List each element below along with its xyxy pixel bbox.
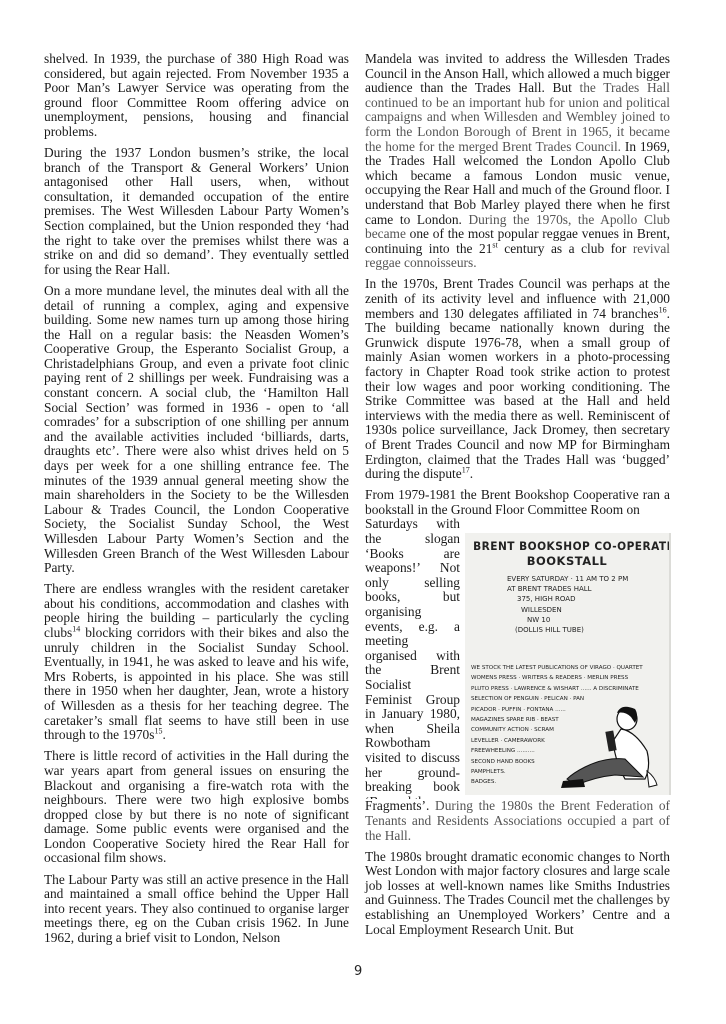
right-column: Mandela was invited to address the Wille… [365,52,670,944]
paragraph: shelved. In 1939, the purchase of 380 Hi… [44,52,349,140]
stock-line: WE STOCK THE LATEST PUBLICATIONS OF VIRA… [471,663,643,673]
text: . [470,466,473,481]
left-column: shelved. In 1939, the purchase of 380 Hi… [44,52,349,952]
narrow-text: Saturdays with the slogan ‘Books are wea… [365,517,460,799]
footnote-ref-16[interactable]: 16 [659,305,667,314]
address-line: WILLESDEN [521,605,669,615]
text: . The building became nationally known d… [365,306,670,482]
address-line: NW 10 [527,615,669,625]
address-line: (DOLLIS HILL TUBE) [515,625,669,635]
page-number: 9 [354,964,362,979]
poster-address: EVERY SATURDAY · 11 AM TO 2 PM AT BRENT … [507,574,669,635]
address-line: AT BRENT TRADES HALL [507,584,669,594]
bookstall-poster-image: BRENT BOOKSHOP CO-OPERATIVE BOOKSTALL EV… [465,533,671,795]
poster-title: BRENT BOOKSHOP CO-OPERATIVE [473,539,661,553]
stock-line: PLUTO PRESS · LAWRENCE & WISHART ...... … [471,684,643,694]
poster-subtitle: BOOKSTALL [465,554,669,568]
address-line: EVERY SATURDAY · 11 AM TO 2 PM [507,574,669,584]
paragraph: From 1979-1981 the Brent Bookshop Cooper… [365,488,670,517]
address-line: 375, HIGH ROAD [517,594,669,604]
text: Fragments’. [365,798,435,813]
paragraph: In the 1970s, Brent Trades Council was p… [365,277,670,481]
text: blocking corridors with their bikes and … [44,625,349,742]
paragraph: Fragments’. During the 1980s the Brent F… [365,799,670,843]
footnote-ref-17[interactable]: 17 [462,466,470,475]
text: From 1979-1981 the Brent Bookshop Cooper… [365,487,670,517]
paragraph: Mandela was invited to address the Wille… [365,52,670,271]
stock-line: WOMENS PRESS · WRITERS & READERS · MERLI… [471,673,643,683]
reading-figure-illustration [555,701,665,791]
paragraph: During the 1937 London busmen’s strike, … [44,146,349,277]
paragraph: The Labour Party was still an active pre… [44,873,349,946]
text: century as a club for [498,241,633,256]
paragraph: The 1980s brought dramatic economic chan… [365,850,670,938]
paragraph: There is little record of activities in … [44,749,349,866]
paragraph: On a more mundane level, the minutes dea… [44,284,349,576]
text: . [162,727,165,742]
text: In the 1970s, Brent Trades Council was p… [365,276,670,320]
paragraph: There are endless wrangles with the resi… [44,582,349,743]
